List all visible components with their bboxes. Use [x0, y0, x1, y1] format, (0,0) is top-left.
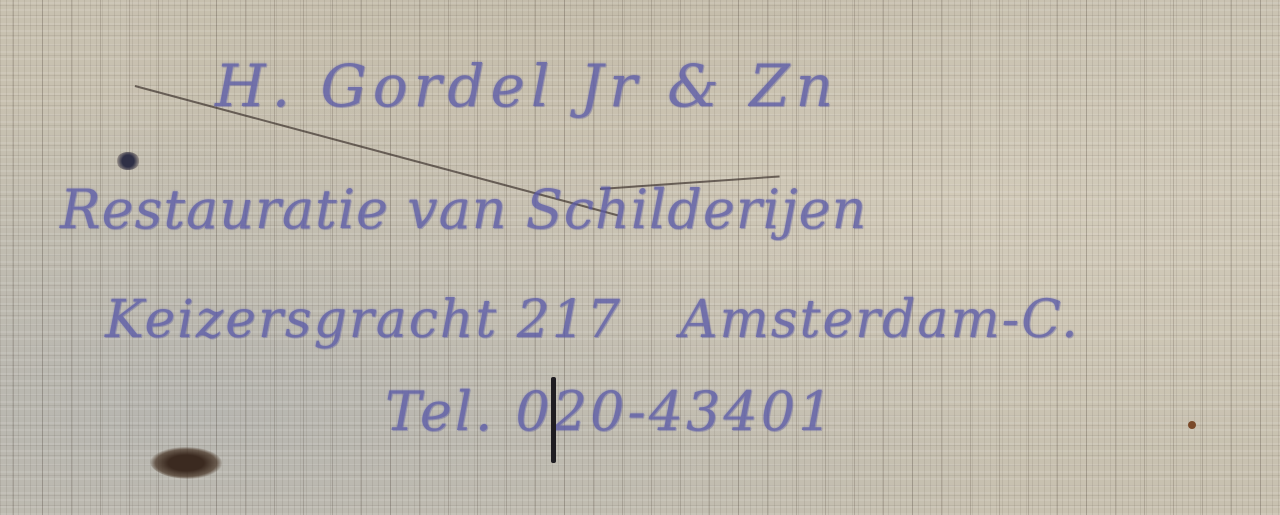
- small-stain: [1188, 421, 1196, 429]
- inscription-phone: Tel. 020-43401: [385, 380, 835, 443]
- dark-stain: [116, 152, 140, 170]
- inscription-line-1: H. Gordel Jr & Zn: [215, 52, 839, 120]
- inscription-street: Keizersgracht 217: [105, 290, 622, 350]
- inscription-line-2: Restauratie van Schilderijen: [60, 178, 867, 241]
- black-marker-stroke: [551, 377, 556, 463]
- inscription-city: Amsterdam-C.: [680, 290, 1080, 350]
